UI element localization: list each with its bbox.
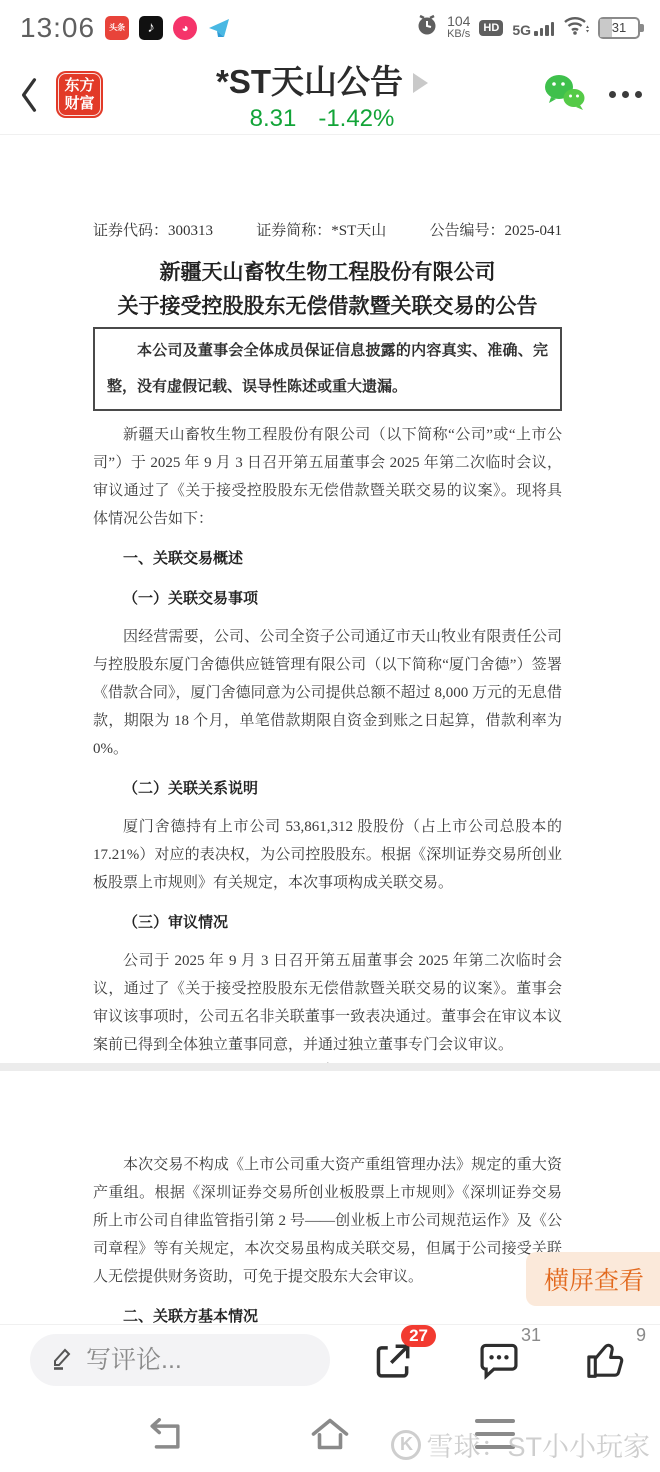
douyin-app-icon: ♪: [139, 16, 163, 40]
more-menu-button[interactable]: [607, 85, 644, 104]
toutiao-app-icon: 头条: [105, 16, 129, 40]
doc-meta-row: 证券代码：300313 证券简称：*ST天山 公告编号：2025-041: [93, 219, 562, 240]
doc-paragraph: 新疆天山畜牧生物工程股份有限公司（以下简称“公司”或“上市公司”）于 2025 …: [93, 421, 562, 533]
doc-heading: （一）关联交易事项: [93, 585, 562, 613]
doc-heading: 一、关联交易概述: [93, 545, 562, 573]
bottom-navigation: [0, 1395, 660, 1472]
security-code: 证券代码：300313: [93, 219, 213, 240]
like-count: 9: [636, 1325, 646, 1346]
comments-button[interactable]: 31: [477, 1334, 521, 1387]
page-title-row[interactable]: *ST天山公告: [103, 56, 541, 103]
page-divider: [0, 1063, 660, 1071]
pencil-icon: [50, 1346, 74, 1375]
app-header: 东方 财富 *ST天山公告 8.31 -1.42%: [0, 55, 660, 135]
telegram-app-icon: [207, 16, 231, 40]
announcement-number: 公告编号：2025-041: [430, 219, 563, 240]
doc-paragraph: 因经营需要，公司、公司全资子公司通辽市天山牧业有限责任公司与控股股东厦门舍德供应…: [93, 623, 562, 763]
network-speed: 104 KB/s: [447, 15, 470, 41]
page-title: *ST天山公告: [216, 56, 403, 103]
stock-change: -1.42%: [318, 105, 394, 133]
comment-input[interactable]: [86, 1346, 286, 1375]
wechat-share-button[interactable]: [541, 72, 587, 117]
comment-count: 31: [521, 1325, 541, 1346]
doc-heading: （三）审议情况: [93, 909, 562, 937]
page-number: 1: [324, 1059, 331, 1063]
doc-title: 新疆天山畜牧生物工程股份有限公司 关于接受控股股东无偿借款暨关联交易的公告: [93, 255, 562, 323]
doc-paragraph: 本次交易不构成《上市公司重大资产重组管理办法》规定的重大资产重组。根据《深圳证券…: [93, 1151, 562, 1291]
doc-paragraph: 厦门舍德持有上市公司 53,861,312 股股份（占上市公司总股本的 17.2…: [93, 813, 562, 897]
signal-5g-icon: 5G: [512, 20, 554, 36]
comment-input-wrap[interactable]: [30, 1334, 330, 1386]
landscape-view-button[interactable]: 横屏查看: [526, 1252, 660, 1306]
pipixia-app-icon: ◕: [173, 16, 197, 40]
status-bar: 13:06 头条 ♪ ◕ 104 KB/s HD 5G 31: [0, 0, 660, 55]
wifi-icon: [563, 14, 589, 41]
battery-icon: 31: [598, 17, 640, 39]
eastmoney-logo: 东方 财富: [56, 71, 103, 118]
disclaimer-box: 本公司及董事会全体成员保证信息披露的内容真实、准确、完整，没有虚假记载、误导性陈…: [93, 327, 562, 411]
nav-menu-button[interactable]: [413, 1419, 578, 1449]
announcement-page-1: 证券代码：300313 证券简称：*ST天山 公告编号：2025-041 新疆天…: [0, 135, 660, 1063]
hd-icon: HD: [479, 20, 503, 36]
doc-heading: （二）关联关系说明: [93, 775, 562, 803]
doc-paragraph: 公司于 2025 年 9 月 3 日召开第五届董事会 2025 年第二次临时会议…: [93, 947, 562, 1059]
like-button[interactable]: 9: [584, 1334, 626, 1387]
menu-lines-icon: [475, 1419, 515, 1449]
alarm-icon: [416, 14, 438, 41]
stock-quote: 8.31 -1.42%: [103, 105, 541, 133]
status-time: 13:06: [20, 12, 95, 44]
play-icon[interactable]: [413, 73, 428, 93]
stock-price: 8.31: [250, 105, 297, 133]
nav-back-button[interactable]: [82, 1418, 247, 1450]
back-button[interactable]: [16, 75, 52, 115]
security-name: 证券简称：*ST天山: [256, 219, 386, 240]
nav-home-button[interactable]: [247, 1416, 412, 1452]
share-count-badge: 27: [401, 1325, 436, 1347]
comment-bar: 27 31 9: [0, 1325, 660, 1395]
share-button[interactable]: 27: [372, 1334, 414, 1387]
